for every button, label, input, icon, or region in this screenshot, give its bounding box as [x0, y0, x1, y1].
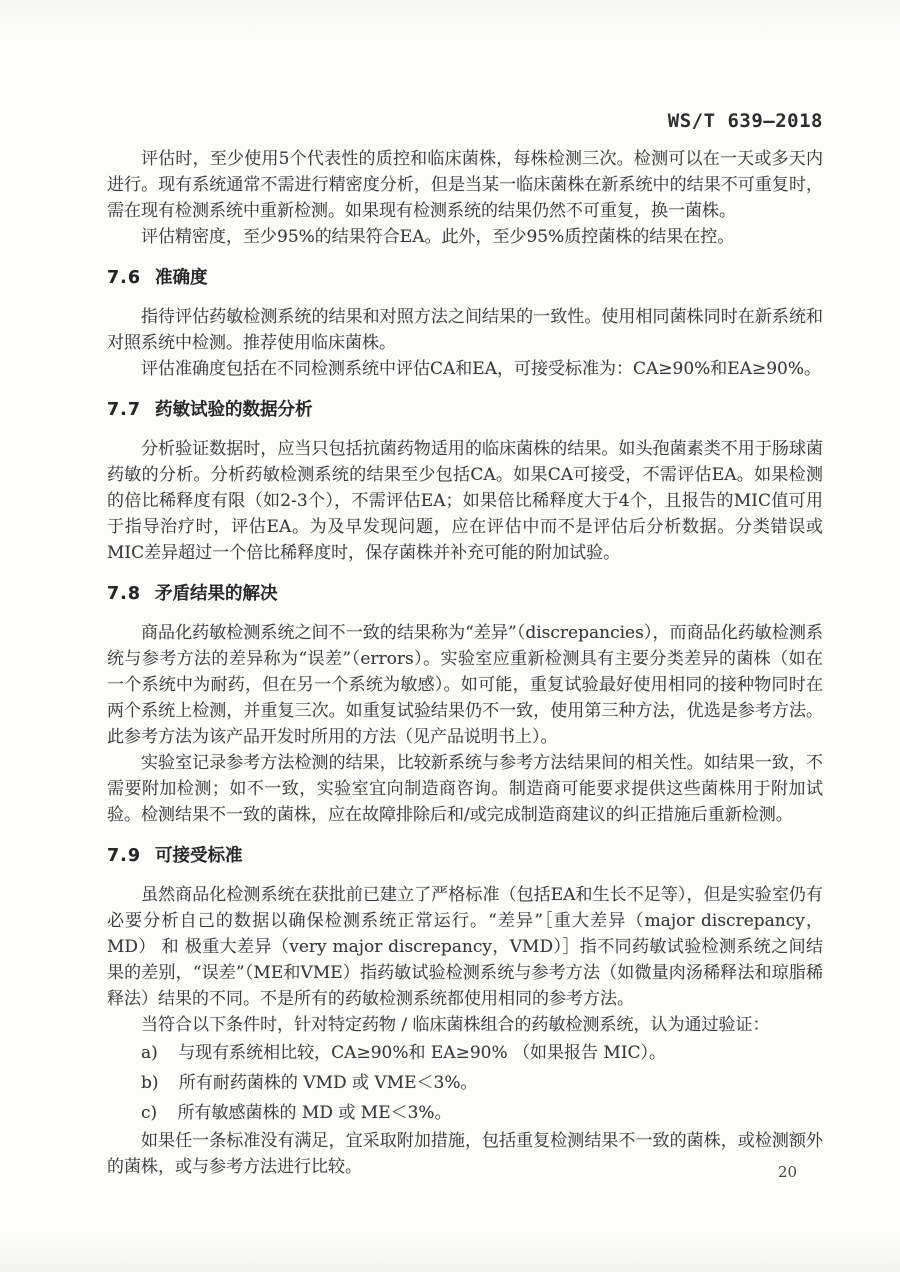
- list-item-text: 与现有系统相比较，CA≥90%和 EA≥90% （如果报告 MIC）。: [158, 1043, 666, 1063]
- list-item-c: c)所有敏感菌株的 MD 或 ME＜3%。: [107, 1098, 823, 1128]
- list-item-label: c): [141, 1103, 157, 1123]
- paragraph: 实验室记录参考方法检测的结果，比较新系统与参考方法结果间的相关性。如结果一致，不…: [107, 750, 823, 828]
- section-number: 7.6: [107, 268, 141, 288]
- paragraph: 分析验证数据时，应当只包括抗菌药物适用的临床菌株的结果。如头孢菌素类不用于肠球菌…: [107, 436, 823, 566]
- section-heading-7-8: 7.8矛盾结果的解决: [107, 583, 823, 605]
- standard-number: WS/T 639—2018: [107, 110, 823, 132]
- section-heading-7-6: 7.6准确度: [107, 267, 823, 289]
- list-item-b: b)所有耐药菌株的 VMD 或 VME＜3%。: [107, 1068, 823, 1098]
- section-title: 矛盾结果的解决: [155, 584, 278, 604]
- section-title: 准确度: [155, 268, 208, 288]
- paragraph: 商品化药敏检测系统之间不一致的结果称为“差异”（discrepancies），而…: [107, 620, 823, 750]
- paragraph: 虽然商品化检测系统在获批前已建立了严格标准（包括EA和生长不足等），但是实验室仍…: [107, 882, 823, 1012]
- section-title: 可接受标准: [155, 846, 243, 866]
- section-title: 药敏试验的数据分析: [155, 400, 313, 420]
- section-heading-7-7: 7.7药敏试验的数据分析: [107, 399, 823, 421]
- page-number: 20: [778, 1163, 797, 1181]
- paragraph: 评估时，至少使用5个代表性的质控和临床菌株，每株检测三次。检测可以在一天或多天内…: [107, 146, 823, 224]
- paragraph: 评估准确度包括在不同检测系统中评估CA和EA，可接受标准为：CA≥90%和EA≥…: [107, 356, 823, 382]
- document-body: 评估时，至少使用5个代表性的质控和临床菌株，每株检测三次。检测可以在一天或多天内…: [107, 146, 823, 1180]
- document-page: WS/T 639—2018 评估时，至少使用5个代表性的质控和临床菌株，每株检测…: [0, 0, 900, 1272]
- paragraph: 当符合以下条件时，针对特定药物 / 临床菌株组合的药敏检测系统，认为通过验证：: [107, 1012, 823, 1038]
- section-number: 7.7: [107, 400, 141, 420]
- list-item-text: 所有敏感菌株的 MD 或 ME＜3%。: [157, 1103, 451, 1123]
- list-item-a: a)与现有系统相比较，CA≥90%和 EA≥90% （如果报告 MIC）。: [107, 1038, 823, 1068]
- section-number: 7.8: [107, 584, 141, 604]
- list-item-label: a): [141, 1043, 158, 1063]
- paragraph: 指待评估药敏检测系统的结果和对照方法之间结果的一致性。使用相同菌株同时在新系统和…: [107, 304, 823, 356]
- list-item-label: b): [141, 1073, 159, 1093]
- paragraph: 评估精密度，至少95%的结果符合EA。此外，至少95%质控菌株的结果在控。: [107, 224, 823, 250]
- paragraph: 如果任一条标准没有满足，宜采取附加措施，包括重复检测结果不一致的菌株，或检测额外…: [107, 1128, 823, 1180]
- section-heading-7-9: 7.9可接受标准: [107, 845, 823, 867]
- section-number: 7.9: [107, 846, 141, 866]
- list-item-text: 所有耐药菌株的 VMD 或 VME＜3%。: [159, 1073, 478, 1093]
